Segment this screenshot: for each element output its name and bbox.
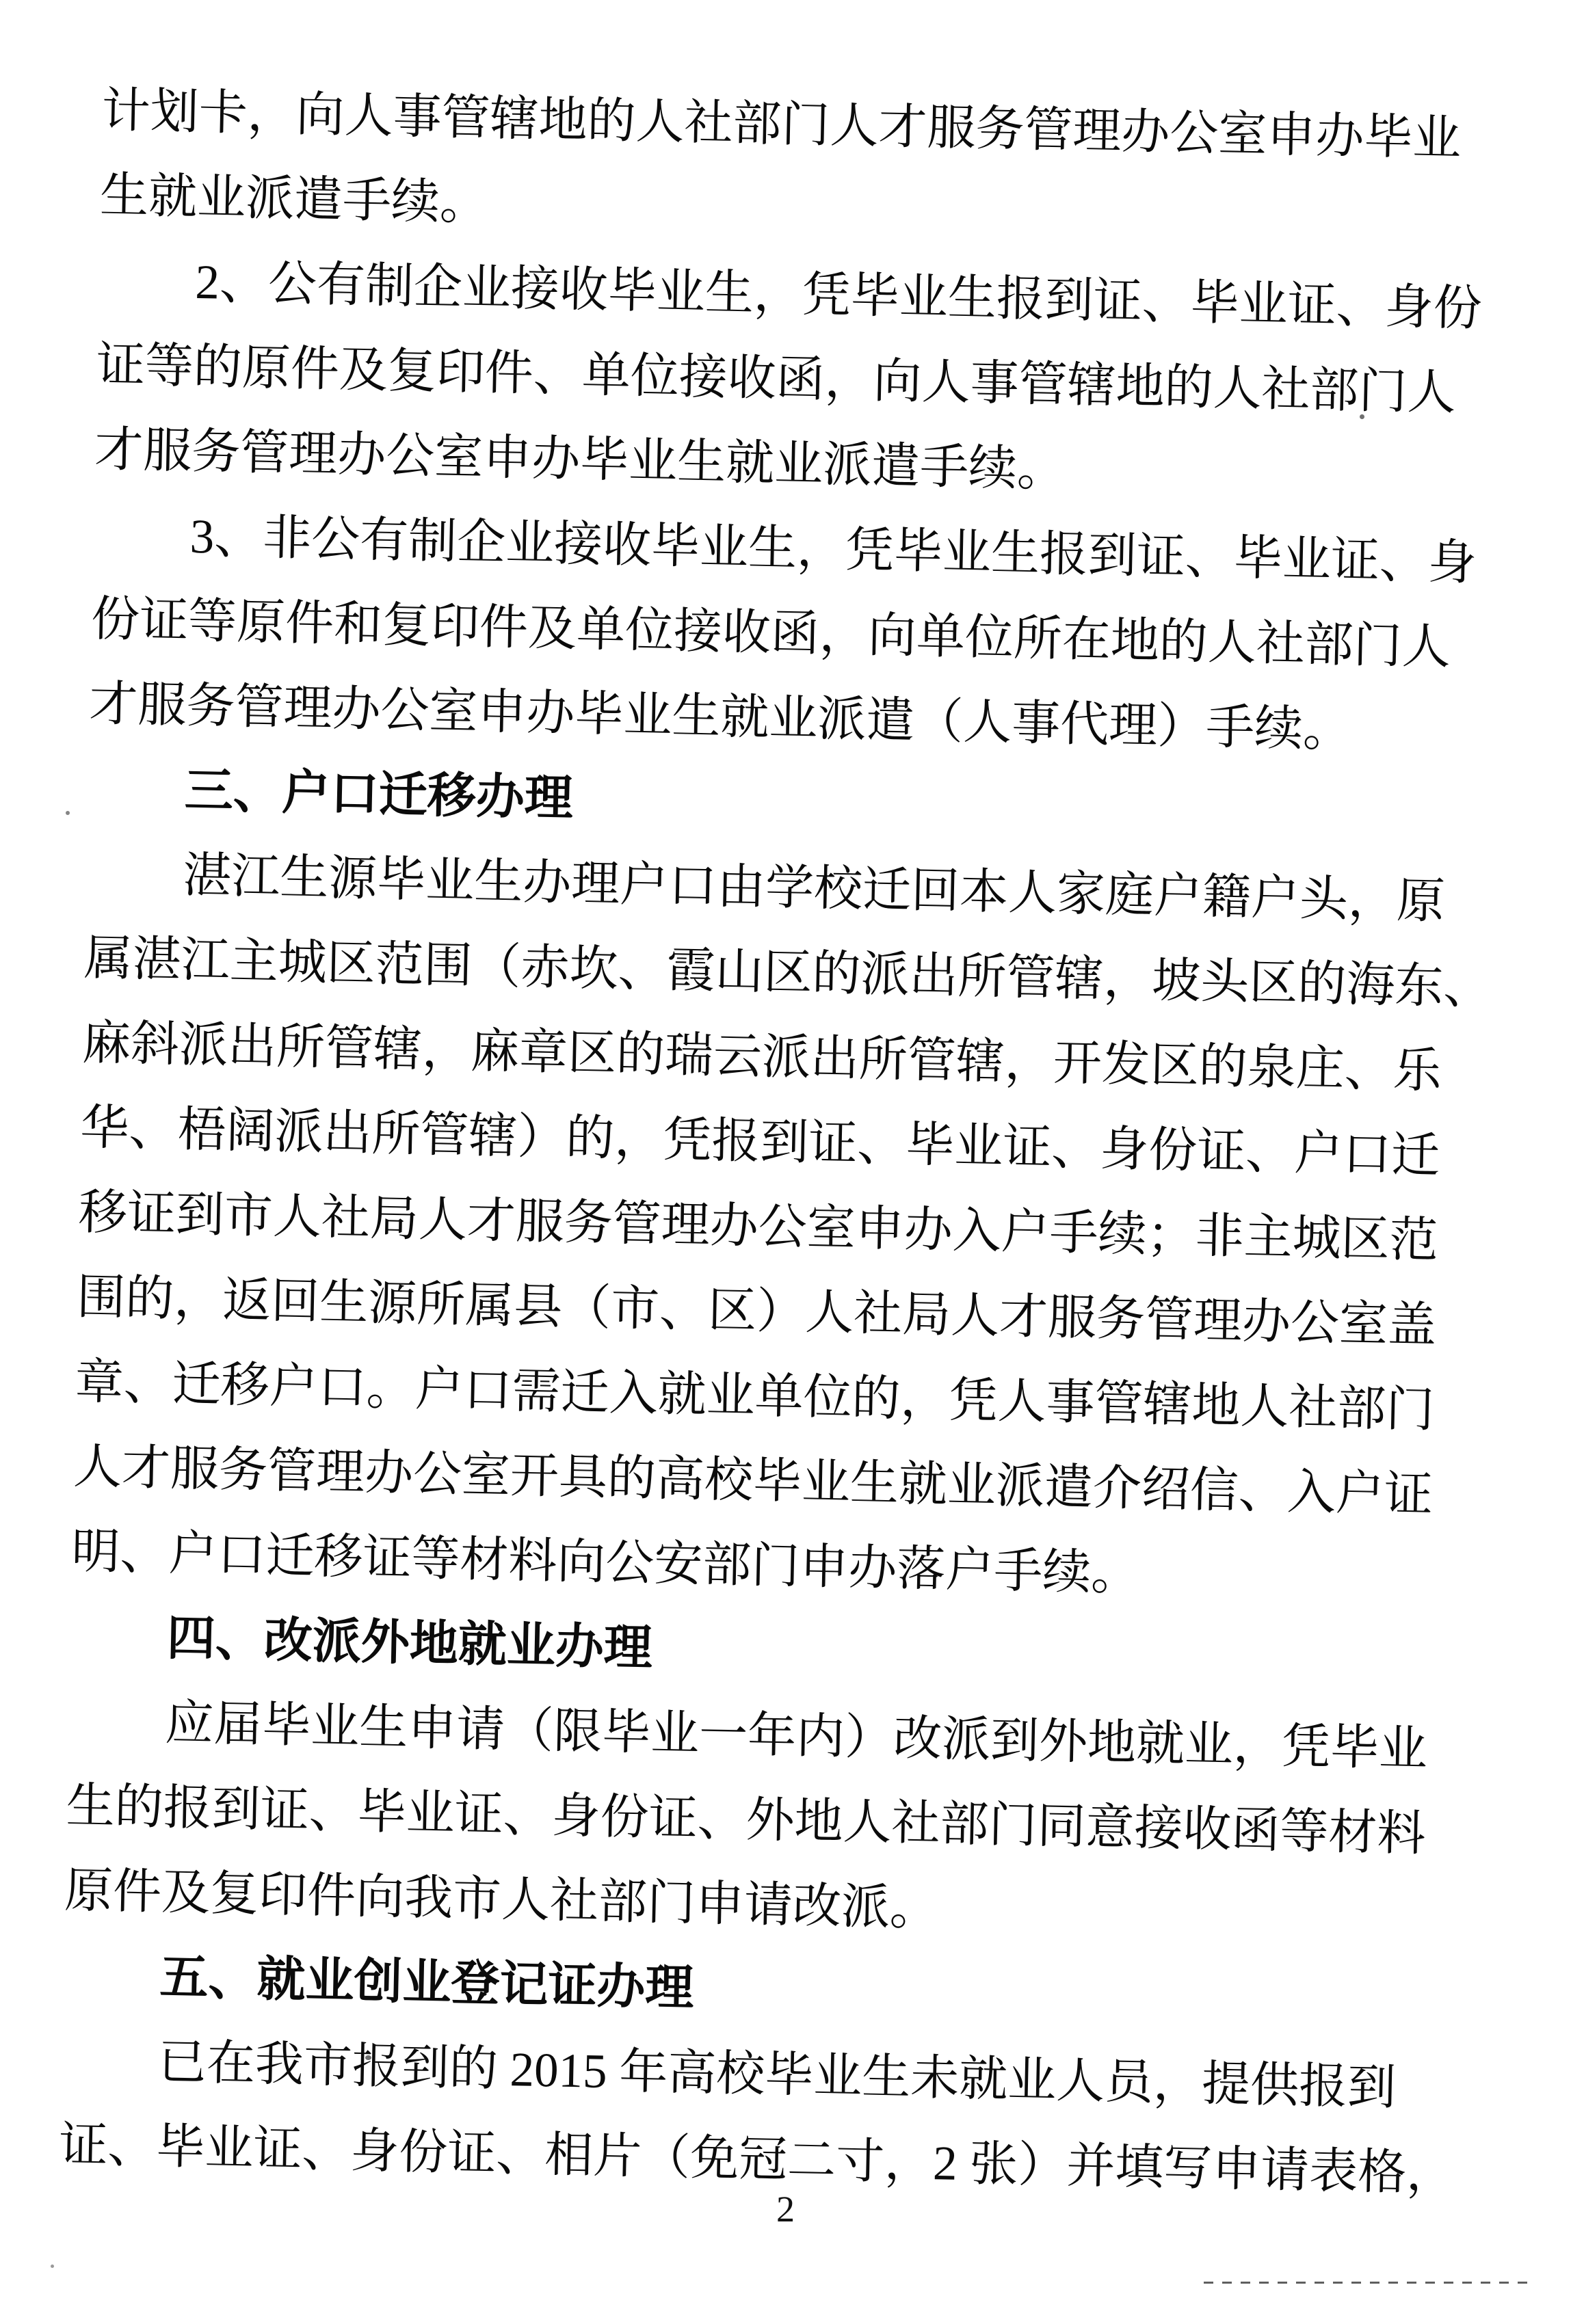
scan-artifact-line [1204, 2282, 1529, 2284]
page-number: 2 [0, 2188, 1571, 2230]
scan-speck [66, 811, 70, 815]
scan-speck [51, 2265, 54, 2268]
scan-speck [365, 2055, 371, 2060]
scan-speck [1360, 414, 1364, 419]
document-body: 计划卡，向人事管辖地的人社部门人才服务管理办公室申办毕业 生就业派遣手续。 2、… [58, 68, 1463, 2216]
document-page: 计划卡，向人事管辖地的人社部门人才服务管理办公室申办毕业 生就业派遣手续。 2、… [0, 0, 1571, 2324]
